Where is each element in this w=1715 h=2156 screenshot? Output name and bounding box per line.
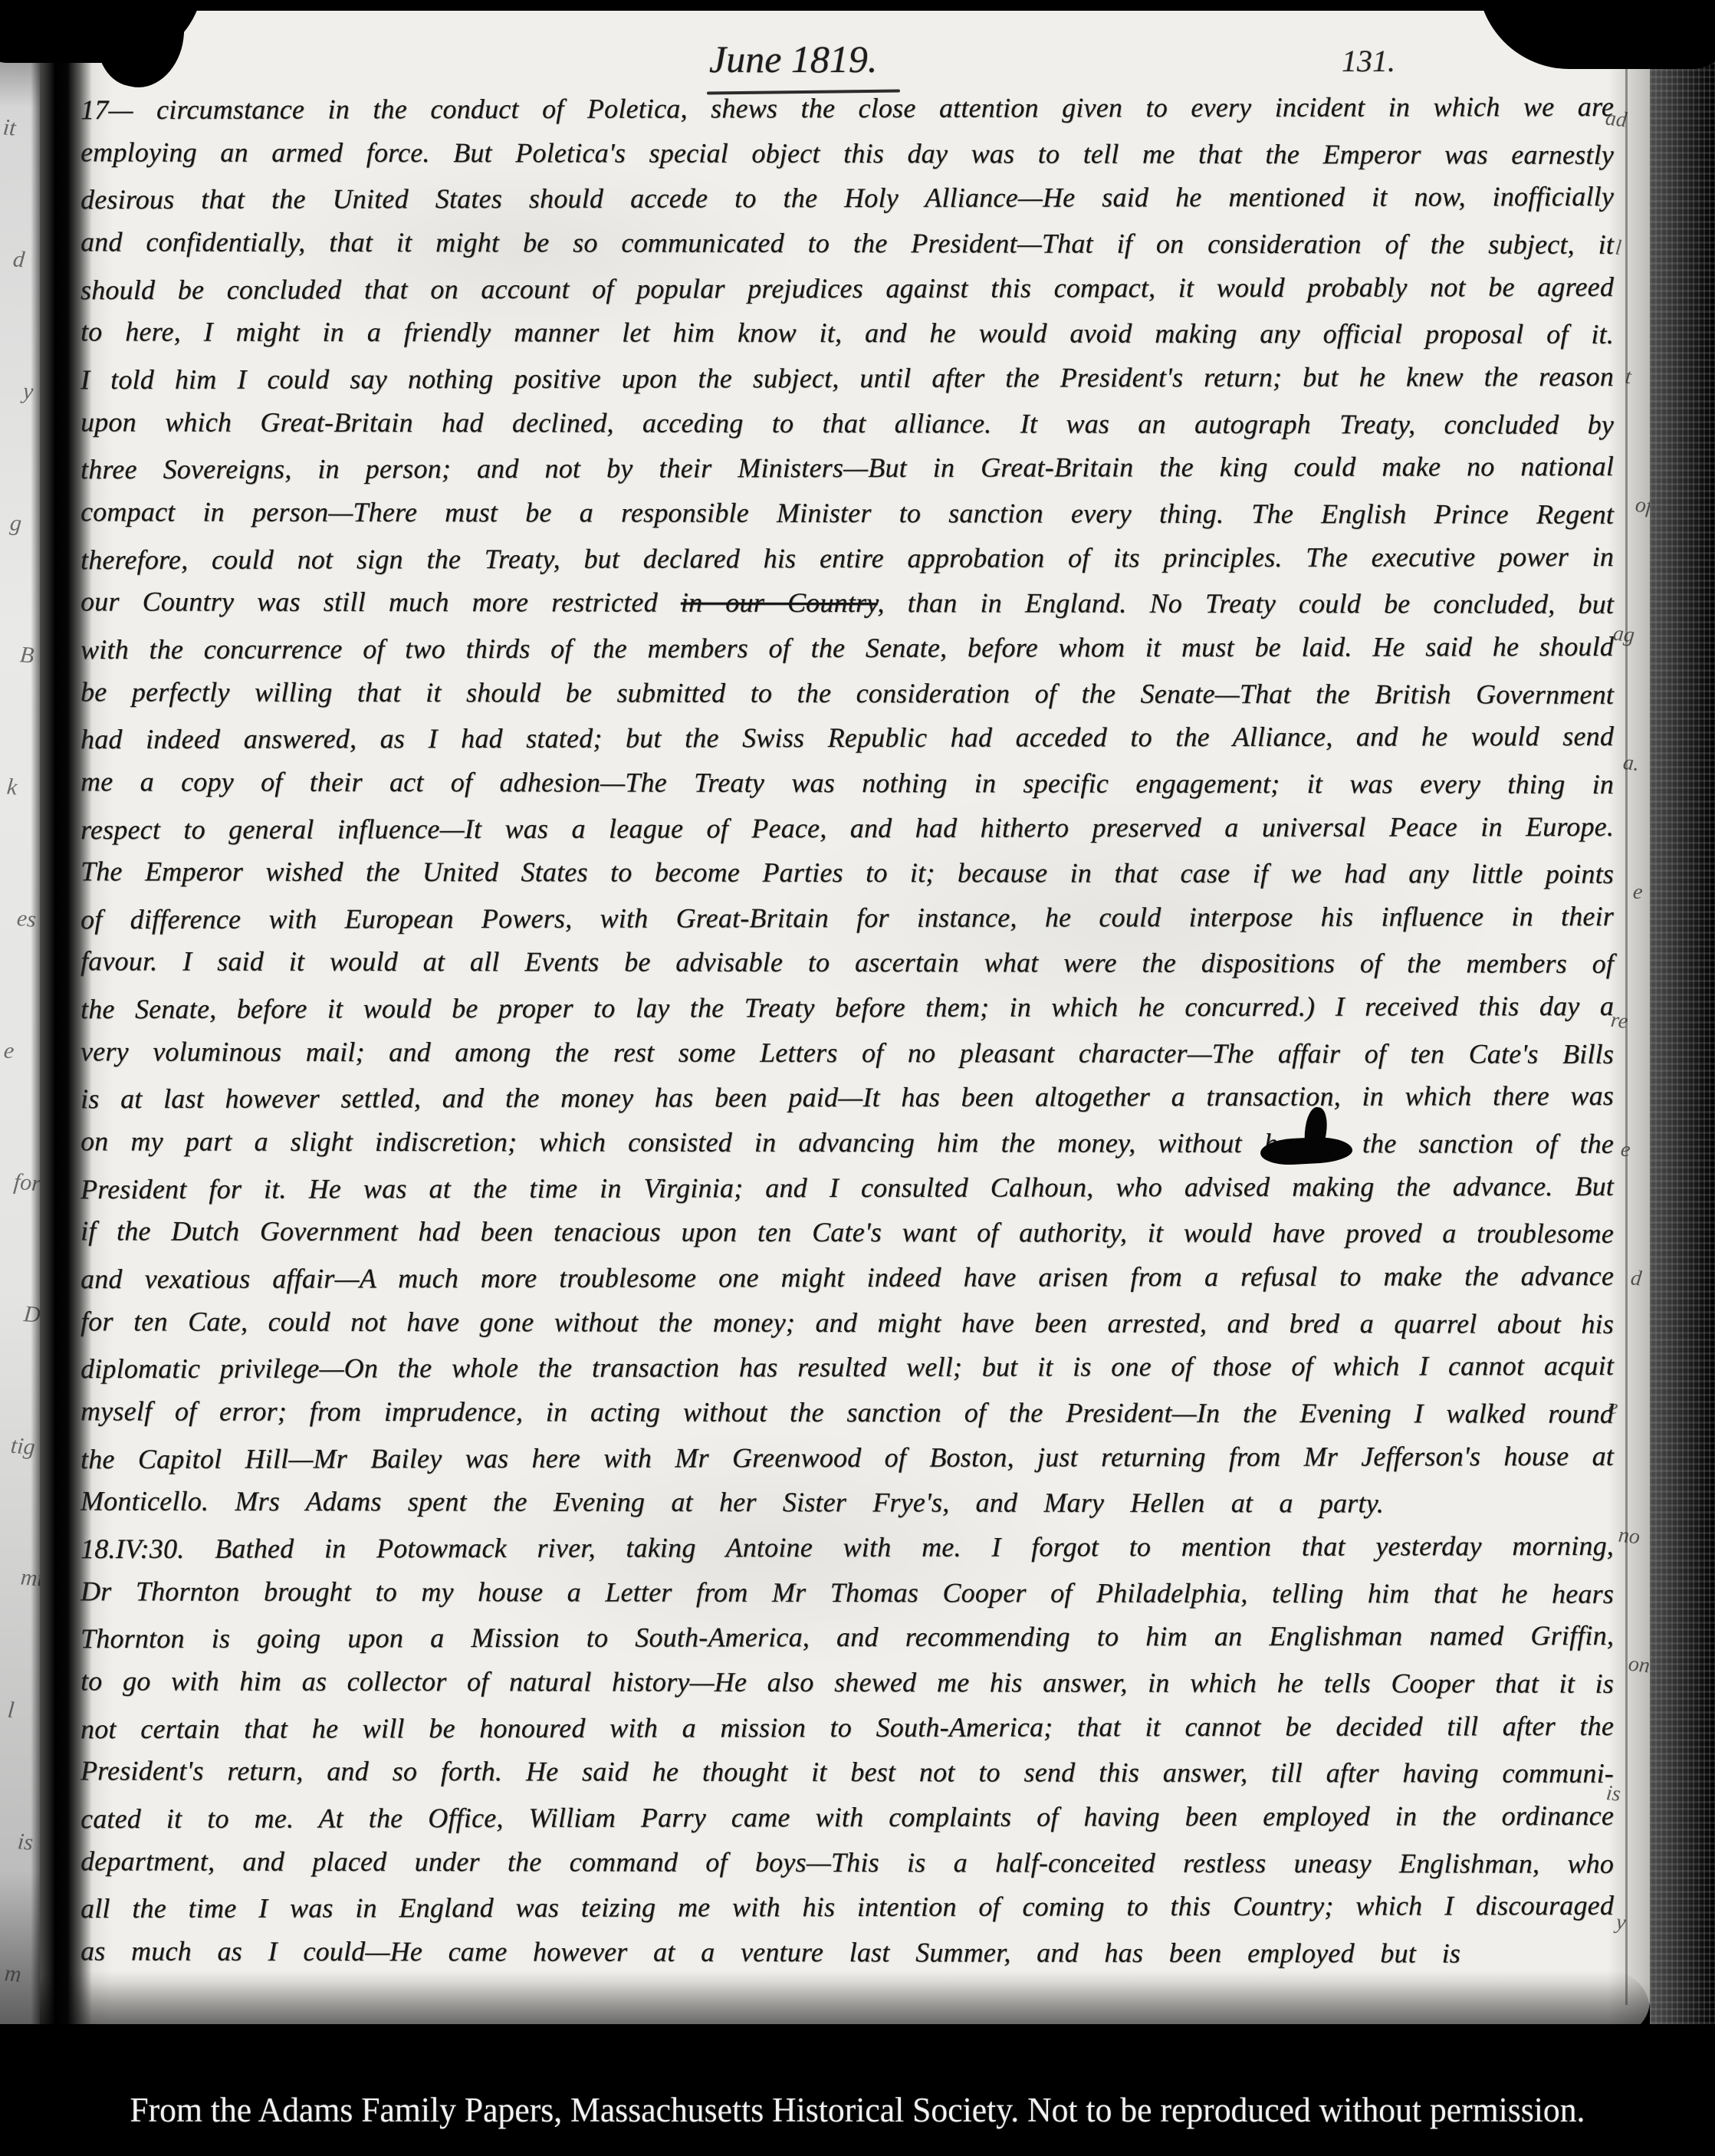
manuscript-line: myself of error; from imprudence, in act… xyxy=(80,1389,1614,1436)
manuscript-line: diplomatic privilege—On the whole the tr… xyxy=(80,1343,1614,1392)
manuscript-line: three Sovereigns, in person; and not by … xyxy=(80,444,1614,492)
margin-text-fragment: l xyxy=(7,1698,15,1724)
margin-text-fragment: d xyxy=(12,246,26,273)
manuscript-line: the Capitol Hill—Mr Bailey was here with… xyxy=(80,1434,1614,1482)
margin-text-fragment: e xyxy=(3,1037,15,1064)
manuscript-line: if the Dutch Government had been tenacio… xyxy=(80,1209,1614,1257)
manuscript-line: the Senate, before it would be proper to… xyxy=(80,984,1614,1032)
manuscript-line: respect to general influence—It was a le… xyxy=(80,804,1614,852)
manuscript-line: Thornton is going upon a Mission to Sout… xyxy=(80,1613,1614,1661)
margin-text-fragment: re xyxy=(1609,1008,1629,1034)
entry-month-heading: June 1819. xyxy=(709,37,877,81)
margin-text-fragment: m xyxy=(4,1960,23,1988)
margin-text-fragment: ag xyxy=(1612,622,1635,649)
manuscript-line: all the time I was in England was teizin… xyxy=(80,1883,1614,1931)
manuscript-line: desirous that the United States should a… xyxy=(80,174,1614,222)
diary-page: June 1819. 131. 17— circumstance in the … xyxy=(40,8,1650,2036)
manuscript-line: and vexatious affair—A much more trouble… xyxy=(80,1254,1614,1302)
margin-text-fragment: no xyxy=(1617,1523,1641,1550)
margin-text-fragment: on xyxy=(1627,1652,1651,1679)
manuscript-line: not certain that he will be honoured wit… xyxy=(80,1704,1614,1752)
manuscript-text: 17— circumstance in the conduct of Polet… xyxy=(80,86,1614,1975)
manuscript-line: to go with him as collector of natural h… xyxy=(80,1658,1614,1706)
manuscript-line: Dr Thornton brought to my house a Letter… xyxy=(80,1569,1614,1616)
manuscript-line: with the concurrence of two thirds of th… xyxy=(80,624,1614,672)
manuscript-line: President's return, and so forth. He sai… xyxy=(80,1749,1614,1796)
manuscript-line: favour. I said it would at all Events be… xyxy=(80,939,1614,987)
manuscript-line: our Country was still much more restrict… xyxy=(80,579,1614,626)
manuscript-line: for ten Cate, could not have gone withou… xyxy=(80,1299,1614,1346)
manuscript-line: I told him I could say nothing positive … xyxy=(80,354,1614,403)
manuscript-line: on my part a slight indiscretion; which … xyxy=(80,1119,1614,1166)
margin-text-fragment: k xyxy=(6,774,18,800)
margin-text-fragment: it xyxy=(2,114,18,141)
manuscript-line: 18.IV:30. Bathed in Potowmack river, tak… xyxy=(80,1523,1614,1572)
manuscript-line: of difference with European Powers, with… xyxy=(80,894,1614,942)
margin-text-fragment: a. xyxy=(1621,751,1640,777)
margin-text-fragment: is xyxy=(1605,1781,1621,1807)
book-gutter xyxy=(31,0,92,2124)
margin-text-fragment: ad xyxy=(1604,107,1628,133)
margin-text-fragment: g xyxy=(9,510,23,537)
page-number: 131. xyxy=(1342,43,1395,79)
manuscript-line: should be concluded that on account of p… xyxy=(80,265,1614,313)
manuscript-line: The Emperor wished the United States to … xyxy=(80,849,1614,896)
manuscript-line: Monticello. Mrs Adams spent the Evening … xyxy=(80,1479,1384,1527)
manuscript-line: upon which Great-Britain had declined, a… xyxy=(80,399,1614,447)
manuscript-line: President for it. He was at the time in … xyxy=(80,1164,1614,1212)
manuscript-line: cated it to me. At the Office, William P… xyxy=(80,1793,1614,1842)
manuscript-line: had indeed answered, as I had stated; bu… xyxy=(80,714,1614,762)
manuscript-line: be perfectly willing that it should be s… xyxy=(80,669,1614,717)
manuscript-line: me a copy of their act of adhesion—The T… xyxy=(80,759,1614,807)
manuscript-line: therefore, could not sign the Treaty, bu… xyxy=(80,534,1614,582)
manuscript-line: 17— circumstance in the conduct of Polet… xyxy=(80,84,1614,133)
manuscript-line: compact in person—There must be a respon… xyxy=(80,489,1614,537)
manuscript-line: is at last however settled, and the mone… xyxy=(80,1073,1614,1122)
manuscript-line: and confidentially, that it might be so … xyxy=(80,219,1614,267)
scanned-diary-photo: itdygBkeseforDtigmulism June 1819. 131. … xyxy=(0,0,1715,2156)
book-fore-edge xyxy=(1650,0,1715,2079)
manuscript-line: as much as I could—He came however at a … xyxy=(80,1928,1460,1976)
manuscript-line: very voluminous mail; and among the rest… xyxy=(80,1029,1614,1076)
attribution-bar: From the Adams Family Papers, Massachuse… xyxy=(0,2024,1715,2156)
manuscript-line: to here, I might in a friendly manner le… xyxy=(80,310,1614,357)
attribution-caption: From the Adams Family Papers, Massachuse… xyxy=(130,2090,1585,2130)
photo-top-edge xyxy=(0,0,1715,11)
manuscript-line: department, and placed under the command… xyxy=(80,1839,1614,1886)
manuscript-line: employing an armed force. But Poletica's… xyxy=(80,130,1614,177)
